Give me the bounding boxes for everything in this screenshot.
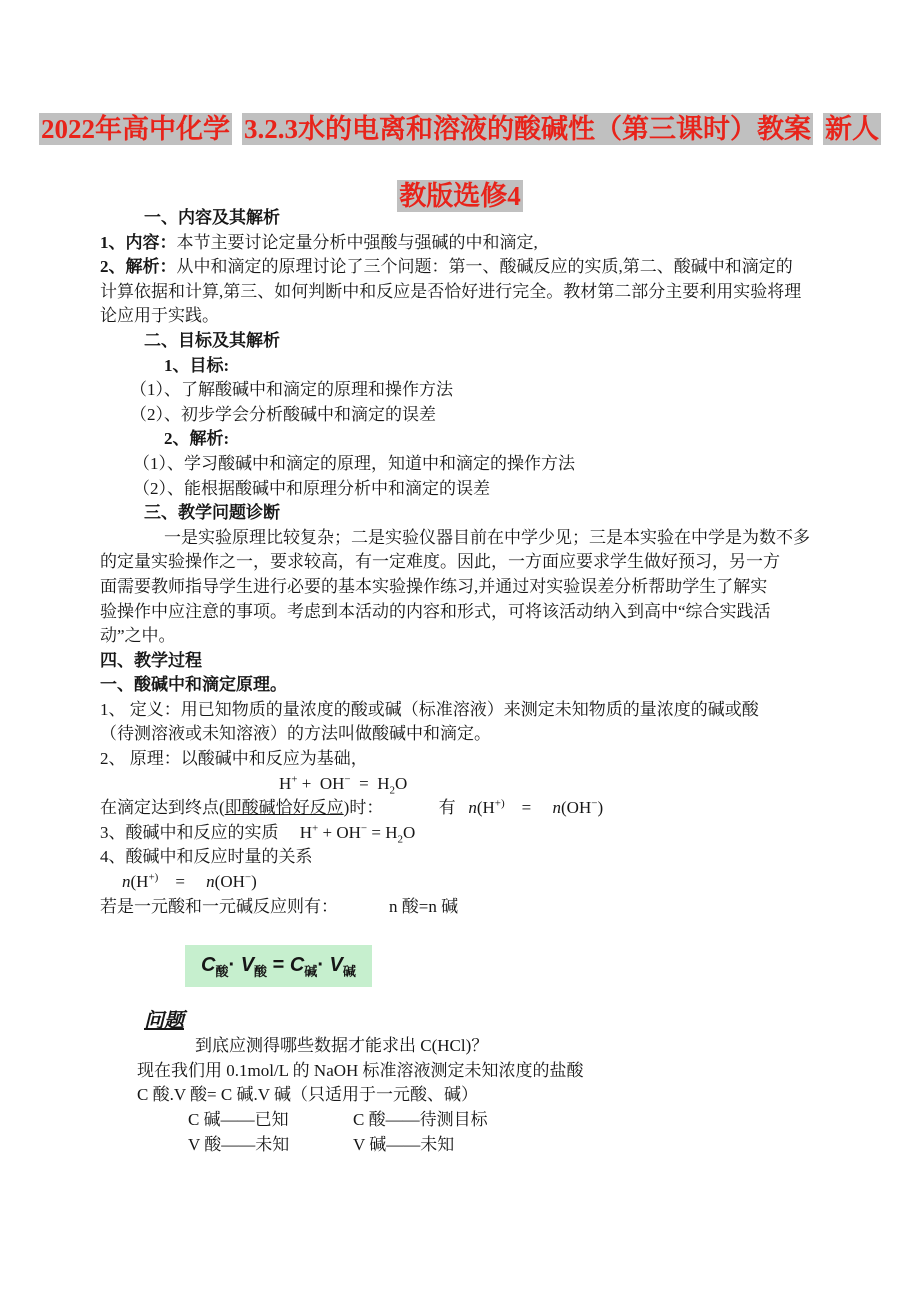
analysis-label: 2、解析:: [100, 427, 830, 452]
goal-item-1: （1）、了解酸碱中和滴定的原理和操作方法: [100, 378, 830, 403]
title-part-2: 3.2.3水的电离和溶液的酸碱性（第三课时）教案: [242, 113, 813, 145]
section-1-item-2: 2、解析：从中和滴定的原理讨论了三个问题：第一、酸碱反应的实质,第二、酸碱中和滴…: [100, 255, 830, 329]
c-acid-target: C 酸——待测目标: [353, 1110, 488, 1129]
principle-item: 2、 原理：以酸碱中和反应为基础，: [100, 747, 830, 772]
section-3-paragraph: 一是实验原理比较复杂；二是实验仪器目前在中学少见；三是本实验在中学是为数不多 的…: [100, 526, 830, 649]
problem-label: 问题: [100, 1008, 830, 1034]
section-4-heading: 四、教学过程: [100, 649, 830, 674]
item-2-text: 从中和滴定的原理讨论了三个问题：第一、酸碱反应的实质,第二、酸碱中和滴定的 计算…: [100, 257, 801, 325]
v-base-unknown: V 碱——未知: [353, 1135, 454, 1154]
goals-label: 1、目标:: [100, 354, 830, 379]
goal-item-2: （2）、初步学会分析酸碱中和滴定的误差: [100, 403, 830, 428]
cv-formula-box: C酸· V酸 = C碱· V碱: [185, 945, 372, 987]
analysis-item-2: （2）、能根据酸碱中和原理分析中和滴定的误差: [100, 477, 830, 502]
v-acid-unknown: V 酸——未知: [188, 1133, 353, 1158]
c-base-known: C 碱——已知: [188, 1108, 353, 1133]
problem-question-2: 现在我们用 0.1mol/L 的 NaOH 标准溶液测定未知浓度的盐酸: [100, 1059, 830, 1084]
monoprotic-line: 若是一元酸和一元碱反应则有： n 酸=n 碱: [100, 895, 830, 920]
item-1-label: 1、内容：: [100, 233, 177, 252]
essence-line: 3、酸碱中和反应的实质 H+ + OH− = H2O: [100, 821, 830, 846]
endpoint-line: 在滴定达到终点(即酸碱恰好反应)时： 有 n(H+) = n(OH−): [100, 796, 830, 821]
analysis-item-1: （1）、学习酸碱中和滴定的原理，知道中和滴定的操作方法: [100, 452, 830, 477]
document-title: 2022年高中化学3.2.3水的电离和溶液的酸碱性（第三课时）教案新人 教版选修…: [0, 112, 920, 213]
problem-question-3: C 酸.V 酸= C 碱.V 碱（只适用于一元酸、碱）: [100, 1083, 830, 1108]
item-1-text: 本节主要讨论定量分析中强酸与强碱的中和滴定,: [177, 233, 538, 252]
section-1-heading: 一、内容及其解析: [100, 206, 830, 231]
known-unknown-row-2: V 酸——未知V 碱——未知: [100, 1133, 830, 1158]
section-2-heading: 二、目标及其解析: [100, 329, 830, 354]
quantity-relation-line: 4、酸碱中和反应时量的关系: [100, 845, 830, 870]
mole-equation: n(H+) = n(OH−): [100, 870, 830, 895]
title-part-3: 新人: [823, 113, 881, 145]
title-part-1: 2022年高中化学: [39, 113, 232, 145]
section-3-heading: 三、教学问题诊断: [100, 501, 830, 526]
title-line-1: 2022年高中化学3.2.3水的电离和溶液的酸碱性（第三课时）教案新人: [0, 112, 920, 146]
neutralization-equation: H+ + OH− = H2O: [100, 772, 830, 797]
titration-principle-heading: 一、酸碱中和滴定原理。: [100, 673, 830, 698]
known-unknown-row-1: C 碱——已知C 酸——待测目标: [100, 1108, 830, 1133]
item-2-label: 2、解析：: [100, 257, 177, 276]
document-page: { "title": { "color": "#e8231a", "highli…: [0, 0, 920, 1302]
problem-question-1: 到底应测得哪些数据才能求出 C(HCl)？: [100, 1034, 830, 1059]
definition-item: 1、 定义：用已知物质的量浓度的酸或碱（标准溶液）来测定未知物质的量浓度的碱或酸…: [100, 698, 830, 747]
document-body: 一、内容及其解析 1、内容：本节主要讨论定量分析中强酸与强碱的中和滴定, 2、解…: [100, 206, 830, 1157]
section-1-item-1: 1、内容：本节主要讨论定量分析中强酸与强碱的中和滴定,: [100, 231, 830, 256]
